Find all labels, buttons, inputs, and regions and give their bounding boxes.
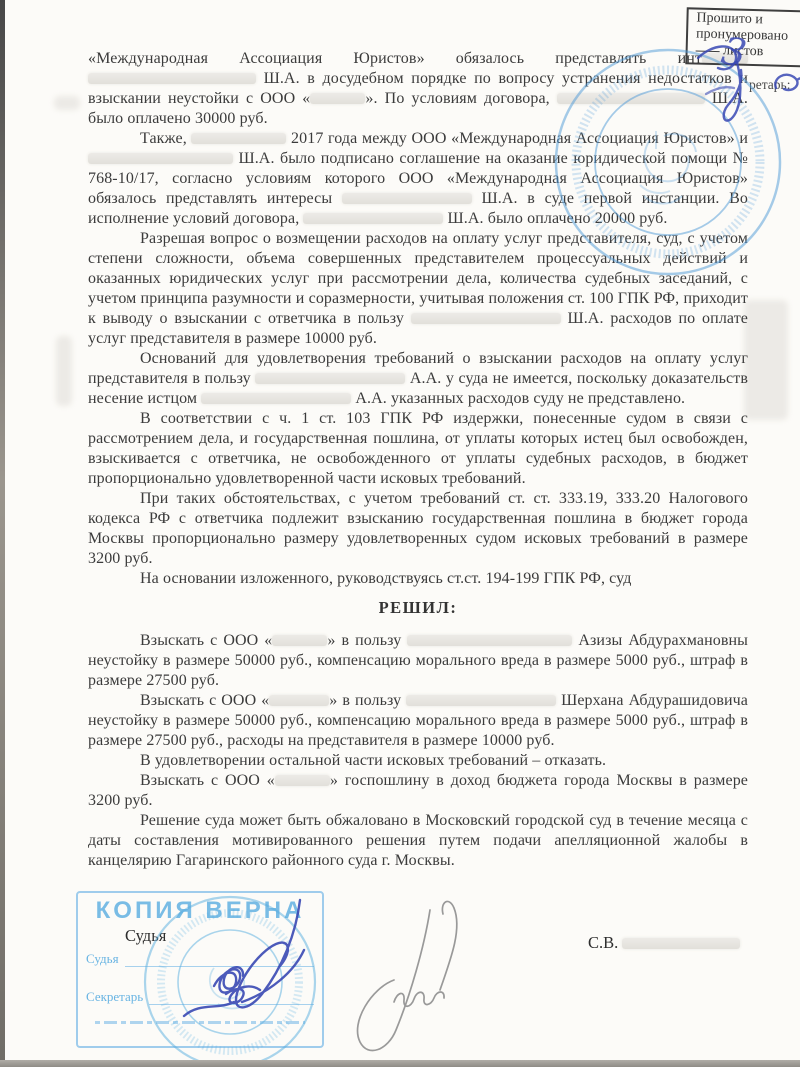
copy-stamp-fine-print — [95, 1021, 305, 1024]
redaction — [310, 93, 365, 104]
judge-label: Судья — [125, 926, 166, 946]
redaction — [88, 73, 256, 84]
redaction — [406, 695, 556, 706]
body-paragraph: На основании изложенного, руководствуясь… — [88, 569, 748, 589]
redaction — [342, 193, 472, 204]
redaction — [88, 153, 233, 164]
body-paragraph: Взыскать с ООО «» в пользу Азизы Абдурах… — [88, 631, 748, 691]
scan-smudge — [54, 96, 80, 110]
redaction — [201, 393, 351, 404]
redaction — [255, 373, 405, 384]
copy-stamp-title: КОПИЯ ВЕРНА — [86, 897, 314, 925]
body-paragraph: Взыскать с ООО «» в пользу Шерхана Абдур… — [88, 691, 748, 751]
body-paragraph: В соответствии с ч. 1 ст. 103 ГПК РФ изд… — [88, 409, 748, 489]
redaction — [191, 133, 286, 144]
binder-line-3: листов — [695, 43, 800, 62]
body-paragraph: В удовлетворении остальной части исковых… — [88, 751, 748, 771]
redaction — [407, 635, 572, 646]
judge-initials: С.В. — [588, 933, 740, 953]
signature-line — [125, 966, 314, 967]
scan-edge-bottom — [0, 1060, 800, 1067]
copy-stamp: КОПИЯ ВЕРНА Судья Секретарь — [76, 891, 324, 1048]
scan-smudge — [744, 300, 788, 420]
copy-stamp-secretary-label: Секретарь — [86, 989, 143, 1005]
copy-stamp-secretary-row: Секретарь — [86, 989, 314, 1005]
signature-line — [149, 1004, 314, 1005]
decision-heading: РЕШИЛ: — [88, 598, 748, 618]
judge-initials-text: С.В. — [588, 933, 618, 952]
body-paragraph: «Международная Ассоциация Юристов» обяза… — [88, 49, 748, 129]
redaction — [269, 695, 329, 706]
secretary-signature — [358, 901, 457, 1050]
scanned-court-decision-page: «Международная Ассоциация Юристов» обяза… — [0, 0, 800, 1067]
body-paragraph: Разрешая вопрос о возмещении расходов на… — [88, 229, 748, 349]
body-paragraph: При таких обстоятельствах, с учетом треб… — [88, 489, 748, 569]
body-paragraph: Решение суда может быть обжаловано в Мос… — [88, 811, 748, 871]
redaction — [557, 93, 705, 104]
scan-edge-left — [0, 0, 5, 1067]
redaction — [303, 213, 443, 224]
name-redaction — [622, 938, 740, 949]
body-paragraph: Также, 2017 года между ООО «Международна… — [88, 129, 748, 229]
document-body: «Международная Ассоциация Юристов» обяза… — [88, 49, 748, 871]
margin-note: ретарь: — [749, 77, 790, 93]
copy-stamp-judge-label: Судья — [86, 951, 119, 967]
body-paragraph: Взыскать с ООО «» госпошлину в доход бюд… — [88, 771, 748, 811]
redaction — [275, 775, 330, 786]
body-paragraph: Оснований для удовлетворения требований … — [88, 349, 748, 409]
copy-stamp-judge-row: Судья — [86, 951, 314, 967]
scan-smudge — [56, 336, 72, 406]
redaction — [272, 635, 327, 646]
count-blank-line — [696, 51, 720, 53]
redaction — [411, 313, 561, 324]
